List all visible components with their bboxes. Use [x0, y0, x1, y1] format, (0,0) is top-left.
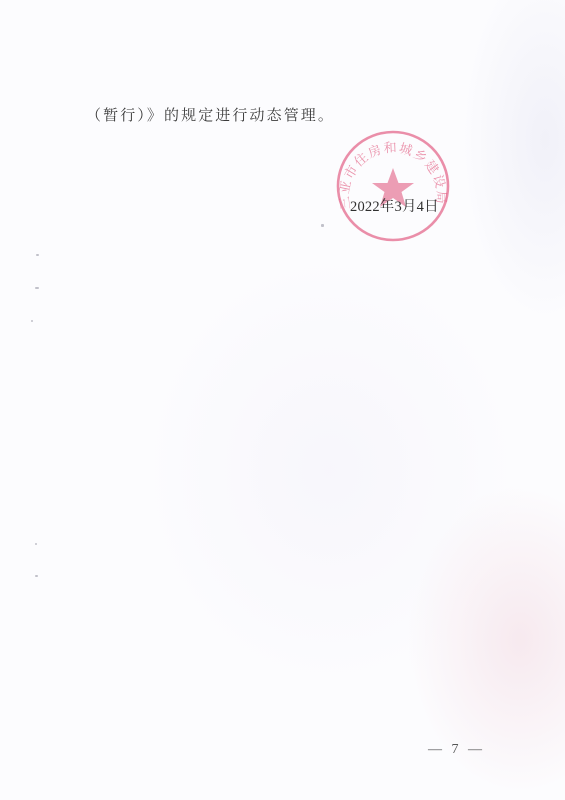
body-paragraph-line: （暂行）》的规定进行动态管理。 — [86, 104, 335, 125]
scan-speck — [321, 224, 324, 227]
signature-date: 2022年3月4日 — [350, 195, 439, 216]
page-number: — 7 — — [428, 742, 485, 758]
seal-stamp-icon: 三亚市住房和城乡建设局 — [334, 128, 452, 244]
document-page: （暂行）》的规定进行动态管理。 三亚市住房和城乡建设局 2022年3月4日 — … — [0, 0, 565, 800]
scan-speck — [35, 575, 38, 577]
scan-speck — [36, 254, 39, 256]
official-seal: 三亚市住房和城乡建设局 — [334, 128, 452, 244]
scan-speck — [35, 287, 39, 289]
scan-speck — [35, 543, 37, 545]
scan-speck — [31, 320, 33, 322]
